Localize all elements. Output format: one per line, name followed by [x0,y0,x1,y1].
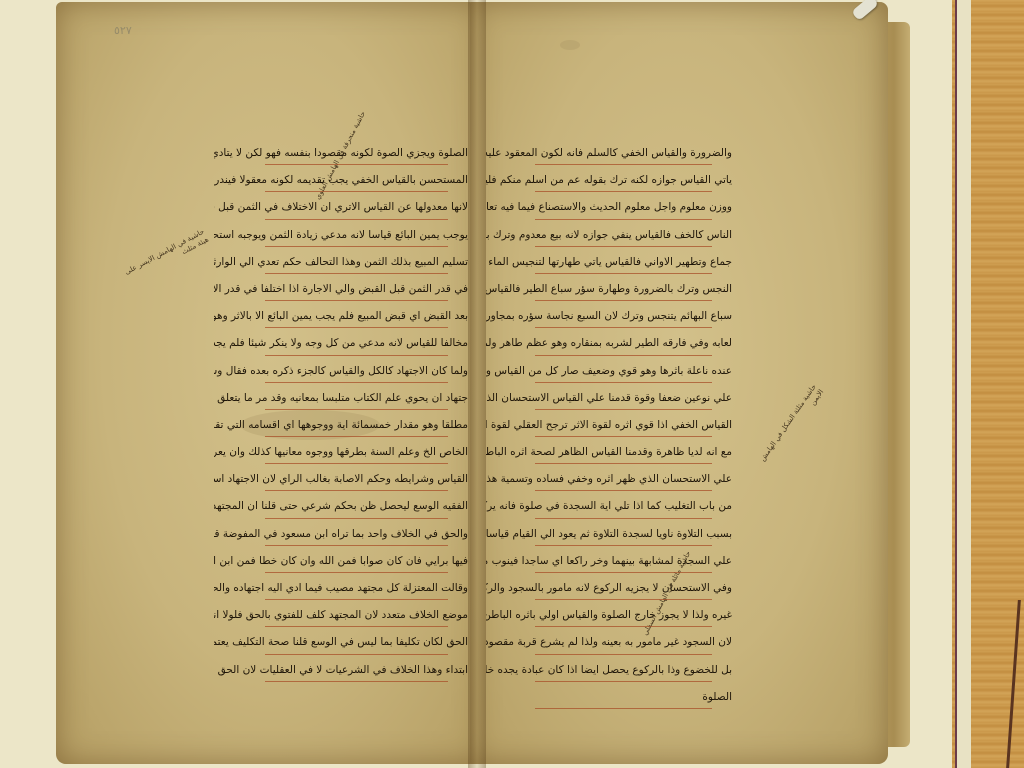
paper-stain [560,40,580,50]
text-line: في قدر الثمن قبل القبض والي الاجارة اذا … [214,276,468,303]
text-line: لعابه وفي فارقه الطير لشربه بمنقاره وهو … [486,330,732,357]
text-line: الحق لكان تكليفا بما ليس في الوسع قلنا ص… [214,629,468,656]
text-line: المستحسن بالقياس الخفي يجب تقديمه لكونه … [214,167,468,194]
text-line: والضرورة والقياس الخفي كالسلم فانه لكون … [486,140,732,167]
text-line: الصلوة [486,684,732,711]
text-line: علي الاستحسان الذي ظهر اثره وخفي فساده و… [486,466,732,493]
text-line: فيها برايي فان كان صوابا فمن الله وان كا… [214,548,468,575]
text-line: جماع وتطهير الاواني فالقياس ياتي طهارتها… [486,249,732,276]
text-line: يوجب يمين البائع قياسا لانه مدعي زيادة ا… [214,222,468,249]
mat-edge [955,0,971,768]
text-line: والحق في الخلاف واحد بما تراه ابن مسعود … [214,521,468,548]
right-main-text: والضرورة والقياس الخفي كالسلم فانه لكون … [486,140,732,711]
text-line: الصلوة ويجزي الصوة لكونه مقصودا بنفسه فه… [214,140,468,167]
text-line: سباع البهائم يتنجس وترك لان السبع نجاسة … [486,303,732,330]
text-line: مخالفا للقياس لانه مدعي من كل وجه ولا ين… [214,330,468,357]
text-line: جتهاد ان يحوي علم الكتاب متلبسا بمعانيه … [214,385,468,412]
text-line: علي السجدة لمشابهة بينهما وخر راكعا اي س… [486,548,732,575]
text-line: النجس وترك بالضرورة وطهارة سؤر سباع الطي… [486,276,732,303]
text-line: ياتي القياس جوازه لكنه ترك بقوله عم من ا… [486,167,732,194]
text-line: بل للخضوع وذا بالركوع يحصل ايضا اذا كان … [486,657,732,684]
text-line: مع انه لديا ظاهرة وقدمنا القياس الظاهر ل… [486,439,732,466]
text-line: ولما كان الاجتهاد كالكل والقياس كالجزء ذ… [214,358,468,385]
text-line: الناس كالخف فالقياس ينفي جوازه لانه بيع … [486,222,732,249]
text-line: الخاص الخ وعلم السنة بطرقها ووجوه معانيه… [214,439,468,466]
book-gutter [468,0,486,768]
text-line: وفي الاستحسان لا يجزيه الركوع لانه مامور… [486,575,732,602]
text-line: موضع الخلاف متعدد لان المجتهد كلف للفتوي… [214,602,468,629]
text-line: بعد القبض اي قبض المبيع فلم يجب يمين الب… [214,303,468,330]
wood-grain-line [1006,600,1021,768]
text-line: تسليم المبيع بذلك الثمن وهذا التحالف حكم… [214,249,468,276]
text-line: عنده ناعلة باثرها وهو قوي وضعيف صار كل م… [486,358,732,385]
text-line: القياس الخفي اذا قوي اثره لقوة الاثر ترج… [486,412,732,439]
text-line: مطلقا وهو مقدار خمسمائة اية ووجوهها اي ا… [214,412,468,439]
left-main-text: الصلوة ويجزي الصوة لكونه مقصودا بنفسه فه… [214,140,468,684]
text-line: وقالت المعتزلة كل مجتهد مصيب فيما ادي ال… [214,575,468,602]
text-line: ووزن معلوم واجل معلوم الحديث والاستصناع … [486,194,732,221]
text-line: من باب التغليب كما اذا تلي اية السجدة في… [486,493,732,520]
text-line: القياس وشرايطه وحكم الاصابة بغالب الراي … [214,466,468,493]
text-line: علي نوعين ضعفا وقوة قدمنا علي القياس الا… [486,385,732,412]
folio-number: ٥٢٧ [114,24,132,37]
text-line: بسبب التلاوة ناويا لسجدة التلاوة ثم يعود… [486,521,732,548]
text-line: ابتداء وهذا الخلاف في الشرعيات لا في الع… [214,657,468,684]
text-line: الفقيه الوسع ليحصل ظن بحكم شرعي حتى قلنا… [214,493,468,520]
text-line: لانها معدولها عن القياس الاتري ان الاختل… [214,194,468,221]
text-line: لان السجود غير مامور به بعينه ولذا لم يش… [486,629,732,656]
text-line: غيره ولذا لا يجوز خارج الصلوة والقياس او… [486,602,732,629]
